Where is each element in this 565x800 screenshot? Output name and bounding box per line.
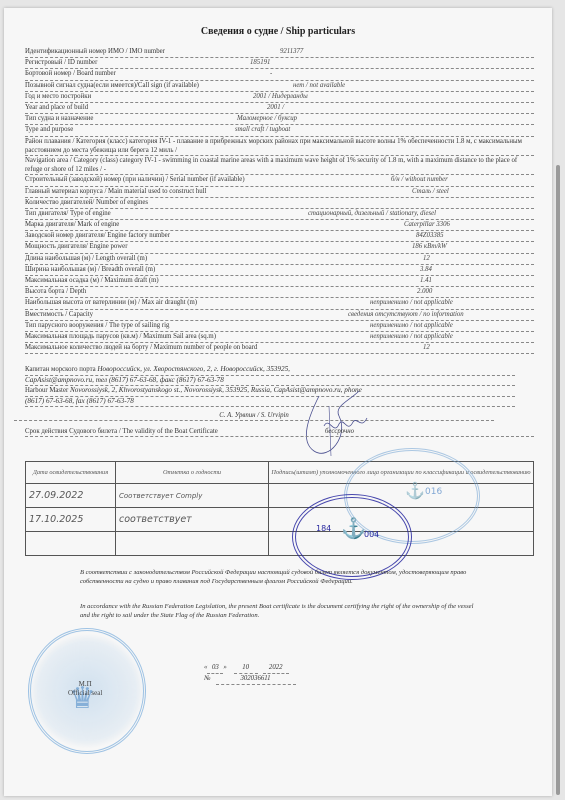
particular-row: Максимальное количество людей на борту /… (25, 343, 534, 354)
particular-value: 2.000 (417, 287, 432, 297)
navigation-en-row: Navigation area / Category (class) categ… (25, 156, 534, 175)
particular-row: Тип судна и назначениеМаломерное / букси… (25, 114, 534, 125)
validity-line: Срок действия Судового билета / The vali… (25, 427, 534, 437)
particular-label: Заводской номер двигателя/ Engine factor… (25, 232, 170, 239)
particular-value: small craft / tugboat (235, 125, 290, 135)
particular-label: Максимальная площадь парусов (кв.м) / Ma… (25, 333, 216, 340)
particular-label: Идентификационный номер ИМО / IMO number (25, 48, 165, 55)
particular-label: Тип парусного вооружения / The type of s… (25, 322, 169, 329)
particular-row: Ширина наибольшая (м) / Breadth overall … (25, 265, 534, 276)
particular-row: Тип двигателя/ Type of engineстационарны… (25, 209, 534, 220)
cell-mark (116, 532, 269, 556)
harbour-en-line2: (8617) 67-63-68, fax (8617) 67-63-78 (25, 397, 515, 408)
particular-value: неприменимо / not applicable (370, 298, 453, 308)
particular-row: Количество двигателей/ Number of engines (25, 198, 534, 209)
cell-date (26, 532, 116, 556)
particular-label: Тип судна и назначение (25, 115, 93, 122)
vertical-scrollbar[interactable] (556, 165, 560, 795)
harbour-ru-line2: CapAsist@ampnovo.ru, тел (8617) 67-63-68… (25, 376, 515, 387)
particular-row: Заводской номер двигателя/ Engine factor… (25, 231, 534, 242)
particular-label: Максимальное количество людей на борту /… (25, 344, 257, 351)
particular-label: Вместимость / Capacity (25, 311, 93, 318)
particular-label: Строительный (заводской) номер (при нали… (25, 176, 245, 183)
issue-year: 2022 (263, 663, 289, 674)
particular-row: Регистровый / ID number185191 (25, 58, 534, 69)
signer-name: С. А. Урвпин / S. Urvipin (14, 411, 494, 421)
particular-label: Высота борта / Depth (25, 288, 86, 295)
particular-label: Type and purpose (25, 126, 73, 133)
col-mark-header: Отметка о годности (116, 462, 269, 484)
navigation-ru-row: Район плавания / Категория (класс) катег… (25, 137, 534, 156)
validity-value: бессрочно (325, 427, 354, 436)
document-page: Сведения о судне / Ship particulars Иден… (4, 8, 552, 796)
particular-row: Type and purposesmall craft / tugboat (25, 125, 534, 136)
seal-label: М.П Official seal (68, 680, 102, 698)
certificate-number: 302036611 (216, 674, 296, 685)
particulars-list: Идентификационный номер ИМО / IMO number… (25, 47, 534, 354)
cell-mark: Соответствует Comply (116, 484, 269, 508)
particular-row: Максимальная осадка (м) / Maximum draft … (25, 276, 534, 287)
particular-value: 12 (423, 254, 430, 264)
particular-label: Наибольшая высота от ватерлинии (м) / Ma… (25, 299, 197, 306)
particular-label: Количество двигателей/ Number of engines (25, 199, 148, 206)
particular-label: Год и место постройки (25, 93, 91, 100)
particular-value: 185191 (250, 58, 270, 68)
particular-value: неприменимо / not applicable (370, 332, 453, 342)
particular-label: Позывной сигнал судна(если имеется)/Call… (25, 82, 199, 89)
legal-note-ru: В соответствии с законодательством Росси… (80, 568, 480, 586)
cell-date: 17.10.2025 (26, 508, 116, 532)
issue-day: 03 (207, 663, 223, 674)
harbour-ru-address: Новороссийск, ул. Хворостянского, 2, г. … (97, 365, 290, 373)
cell-mark: соответствует (116, 508, 269, 532)
particular-row: Максимальная площадь парусов (кв.м) / Ma… (25, 332, 534, 343)
particular-row: Строительный (заводской) номер (при нали… (25, 175, 534, 186)
particular-label: Максимальная осадка (м) / Maximum draft … (25, 277, 159, 284)
particular-value: стационарный, дизельный / stationary, di… (308, 209, 436, 219)
particular-value: 84Z03385 (416, 231, 444, 241)
particular-row: Year and place of build2001 / (25, 103, 534, 114)
particular-value: Caterpillar 3306 (404, 220, 450, 230)
particular-row: Идентификационный номер ИМО / IMO number… (25, 47, 534, 58)
particular-row: Мощность двигателя/ Engine power186 кВт/… (25, 242, 534, 253)
particular-row: Наибольшая высота от ватерлинии (м) / Ma… (25, 298, 534, 309)
particular-value: 9211377 (280, 47, 303, 57)
particular-value: 1.41 (420, 276, 432, 286)
particular-value: 186 кВт/kW (412, 242, 447, 252)
particular-value: - (270, 69, 272, 79)
particular-row: Тип парусного вооружения / The type of s… (25, 321, 534, 332)
particular-label: Марка двигателя/ Mark of engine (25, 221, 119, 228)
particular-row: Позывной сигнал судна(если имеется)/Call… (25, 81, 534, 92)
particular-value: б/н / without number (391, 175, 448, 185)
particular-value: нет / not available (293, 81, 345, 91)
cell-date: 27.09.2022 (26, 484, 116, 508)
particular-row: Год и место постройки2001 / Нидерланды (25, 92, 534, 103)
harbour-en-line1: Harbour Master Novorossiysk, 2, Khvorost… (25, 386, 515, 397)
particular-label: Year and place of build (25, 104, 88, 111)
table-row (26, 532, 534, 556)
anchor-icon: ⚓ (341, 516, 366, 541)
issue-month: 10 (234, 663, 258, 674)
issue-date-block: «03» 10 2022 № 302036611 (204, 663, 296, 685)
particular-row: Главный материал корпуса / Main material… (25, 187, 534, 198)
particular-label: Главный материал корпуса / Main material… (25, 188, 206, 195)
particular-label: Регистровый / ID number (25, 59, 97, 66)
anchor-icon: ⚓ (405, 481, 425, 501)
legal-note-en: In accordance with the Russian Federatio… (80, 602, 480, 620)
particular-value: неприменимо / not applicable (370, 321, 453, 331)
particular-value: 2001 / Нидерланды (253, 92, 308, 102)
particular-row: Бортовой номер / Board number- (25, 69, 534, 80)
particular-row: Марка двигателя/ Mark of engineCaterpill… (25, 220, 534, 231)
particular-value: 2001 / (267, 103, 284, 113)
harbour-master-block: Капитан морского порта Новороссийск, ул.… (25, 365, 515, 407)
particular-row: Длина наибольшая (м) / Length overall (m… (25, 254, 534, 265)
particular-row: Высота борта / Depth2.000 (25, 287, 534, 298)
particular-label: Длина наибольшая (м) / Length overall (m… (25, 255, 147, 262)
particular-value: Сталь / steel (412, 187, 449, 197)
col-date-header: Дата освидетельствования (26, 462, 116, 484)
signature (289, 386, 379, 466)
harbour-ru-line1: Капитан морского порта Новороссийск, ул.… (25, 365, 515, 376)
particular-value: сведения отсутствуют / no information (348, 310, 464, 320)
particular-value: 12 (423, 343, 430, 353)
particular-label: Тип двигателя/ Type of engine (25, 210, 111, 217)
particular-label: Ширина наибольшая (м) / Breadth overall … (25, 266, 155, 273)
particular-label: Мощность двигателя/ Engine power (25, 243, 127, 250)
page-title: Сведения о судне / Ship particulars (4, 26, 552, 37)
particular-value: Маломерное / буксир (237, 114, 297, 124)
particular-label: Бортовой номер / Board number (25, 70, 116, 77)
particular-value: 3.84 (420, 265, 432, 275)
particular-row: Вместимость / Capacityсведения отсутству… (25, 310, 534, 321)
